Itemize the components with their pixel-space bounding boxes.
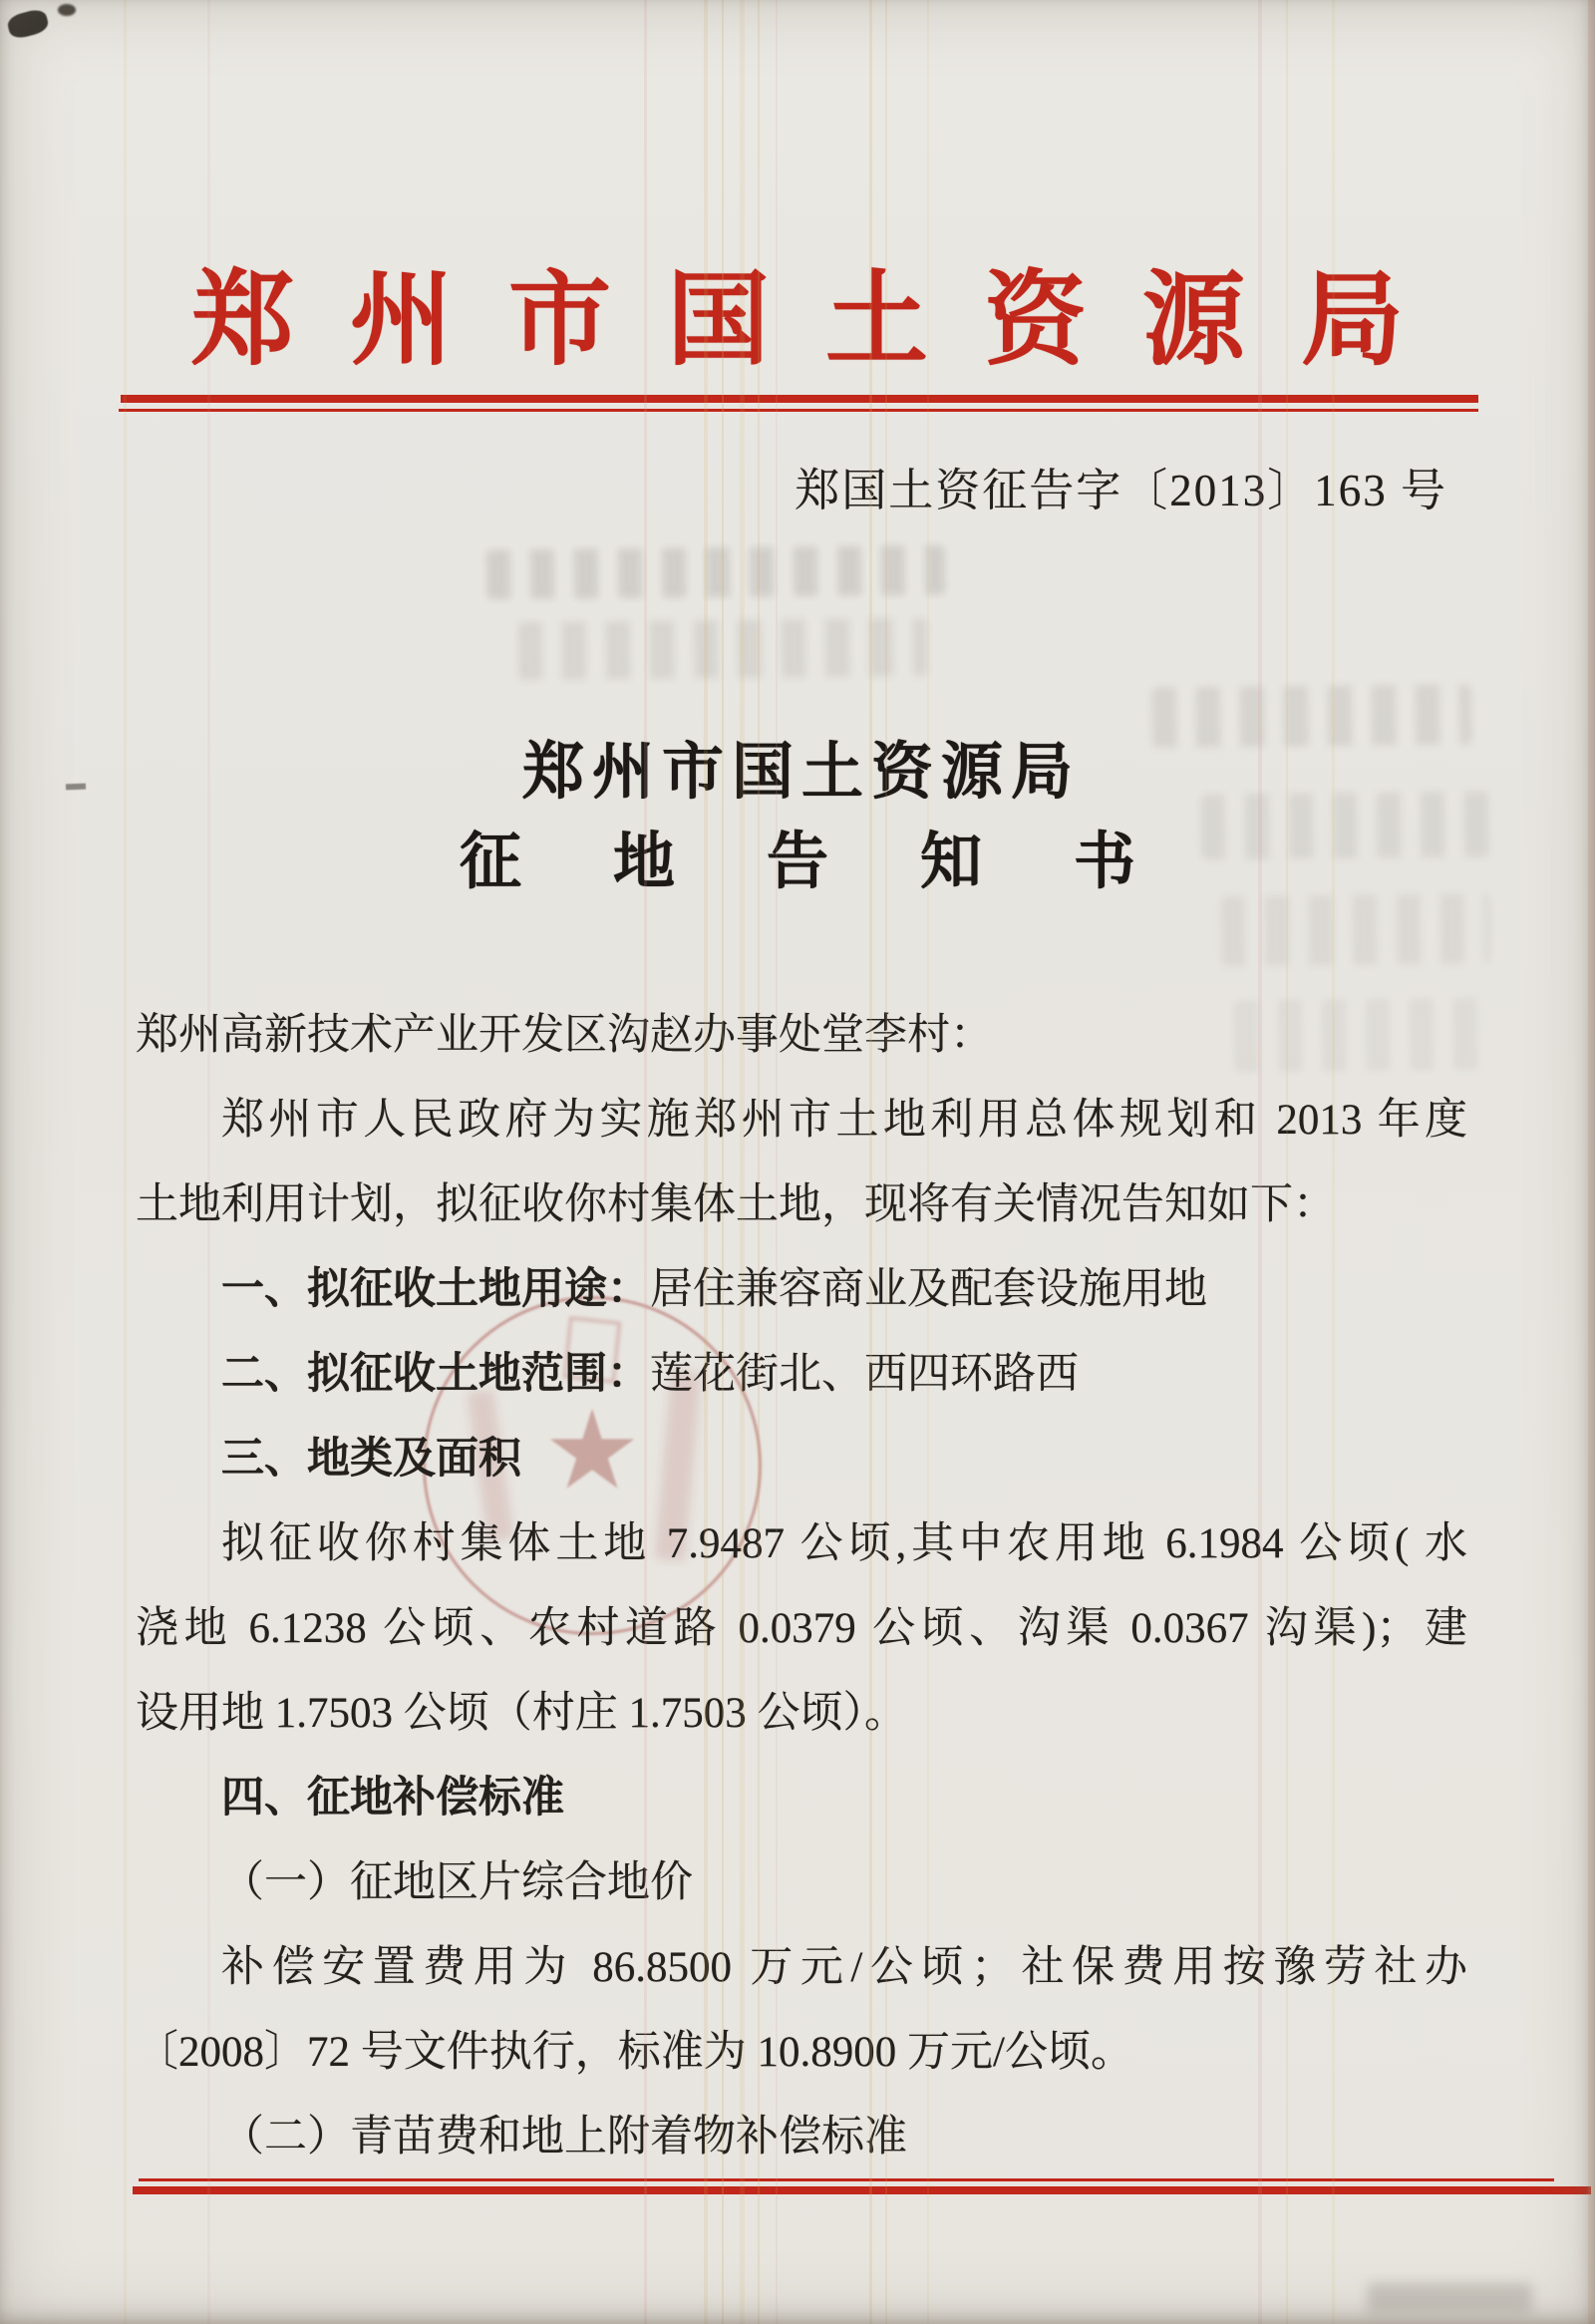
bleed-through-smudge — [1221, 894, 1491, 967]
line-heading: 三、地类及面积 — [221, 1435, 521, 1483]
letterhead-title: 郑州市国土资源局 — [0, 237, 1595, 385]
document-line: 三、地类及面积 — [136, 1417, 1467, 1501]
line-heading: 四、征地补偿标准 — [221, 1774, 564, 1822]
document-line: 四、征地补偿标准 — [136, 1756, 1467, 1840]
line-text: 土地利用计划，拟征收你村集体土地，现将有关情况告知如下： — [136, 1181, 1336, 1228]
line-text: 设用地 1.7503 公顷（村庄 1.7503 公顷）。 — [136, 1690, 907, 1737]
document-number: 郑国土资征告字〔2013〕163 号 — [0, 454, 1447, 518]
scan-corner-mark — [58, 4, 76, 16]
line-text: 拟征收你村集体土地 7.9487 公顷,其中农用地 6.1984 公顷( 水 — [221, 1520, 1467, 1567]
scan-corner-mark — [6, 7, 51, 41]
document-line: （一）征地区片综合地价 — [136, 1840, 1467, 1925]
scanned-document-page: 郑州市国土资源局 郑国土资征告字〔2013〕163 号 郑州市国土资源局 征地告… — [0, 0, 1595, 2324]
line-heading: 一、拟征收土地用途： — [221, 1265, 650, 1313]
line-text: 居住兼容商业及配套设施用地 — [650, 1266, 1207, 1313]
line-text: 补偿安置费用为 86.8500 万元/公顷；社保费用按豫劳社办 — [221, 1944, 1467, 1991]
document-line: （二）青苗费和地上附着物补偿标准 — [136, 2095, 1467, 2179]
document-line: 二、拟征收土地范围：莲花街北、西四环路西 — [136, 1332, 1467, 1417]
document-line: 拟征收你村集体土地 7.9487 公顷,其中农用地 6.1984 公顷( 水 — [136, 1501, 1467, 1586]
document-line: 土地利用计划，拟征收你村集体土地，现将有关情况告知如下： — [136, 1162, 1467, 1247]
line-heading: 二、拟征收土地范围： — [221, 1350, 650, 1398]
line-text: 郑州市人民政府为实施郑州市土地利用总体规划和 2013 年度 — [221, 1097, 1467, 1144]
letterhead-rule-thick — [121, 395, 1478, 403]
document-line: 补偿安置费用为 86.8500 万元/公顷；社保费用按豫劳社办 — [136, 1925, 1467, 2010]
document-body: 郑州高新技术产业开发区沟赵办事处堂李村： 郑州市人民政府为实施郑州市土地利用总体… — [136, 993, 1467, 2179]
line-text: 浇地 6.1238 公顷、农村道路 0.0379 公顷、沟渠 0.0367 沟渠… — [136, 1605, 1467, 1652]
bleed-through-smudge — [486, 545, 945, 600]
footer-rule-thick — [133, 2186, 1591, 2194]
document-line: 郑州高新技术产业开发区沟赵办事处堂李村： — [136, 993, 1467, 1078]
line-text: （一）征地区片综合地价 — [221, 1859, 693, 1906]
document-line: 〔2008〕72 号文件执行，标准为 10.8900 万元/公顷。 — [136, 2010, 1467, 2095]
document-title-type: 征地告知书 — [0, 812, 1595, 900]
document-line: 一、拟征收土地用途：居住兼容商业及配套设施用地 — [136, 1247, 1467, 1332]
document-line: 浇地 6.1238 公顷、农村道路 0.0379 公顷、沟渠 0.0367 沟渠… — [136, 1586, 1467, 1671]
line-text: 莲花街北、西四环路西 — [650, 1351, 1079, 1398]
line-text: 〔2008〕72 号文件执行，标准为 10.8900 万元/公顷。 — [136, 2029, 1133, 2076]
bleed-through-smudge — [518, 618, 928, 680]
footer-rule-thin — [139, 2178, 1554, 2181]
line-text: （二）青苗费和地上附着物补偿标准 — [221, 2114, 907, 2160]
document-line: 郑州市人民政府为实施郑州市土地利用总体规划和 2013 年度 — [136, 1078, 1467, 1162]
document-line: 设用地 1.7503 公顷（村庄 1.7503 公顷）。 — [136, 1671, 1467, 1756]
line-text: 郑州高新技术产业开发区沟赵办事处堂李村： — [136, 1012, 993, 1059]
scan-smudge — [1368, 2283, 1532, 2313]
document-title-agency: 郑州市国土资源局 — [0, 722, 1595, 811]
letterhead-rule-thin — [119, 409, 1478, 412]
scan-edge-fringe — [1588, 0, 1595, 2324]
